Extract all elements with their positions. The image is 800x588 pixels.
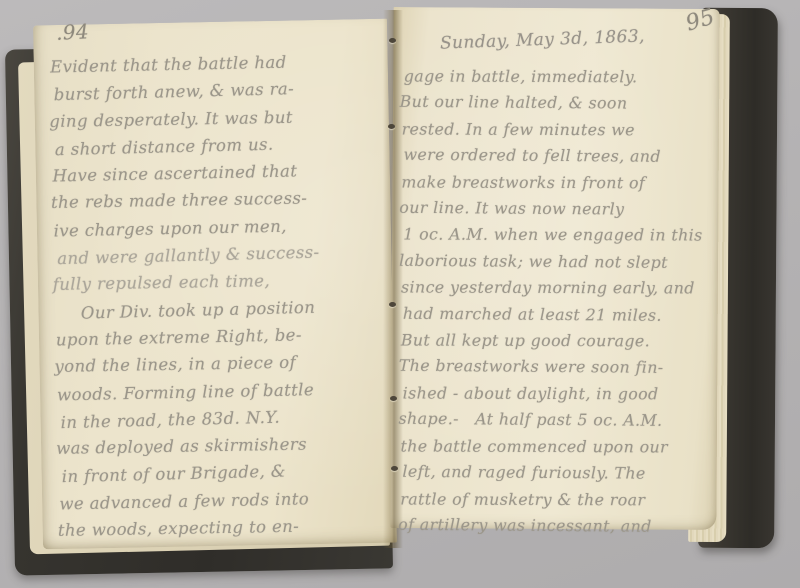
- handwritten-line: since yesterday morning early, and: [401, 275, 719, 303]
- handwritten-line: laborious task; we had not slept: [399, 248, 719, 277]
- handwritten-line: of artillery was incessant, and: [398, 512, 718, 541]
- right-page-text: gage in battle, immediately.But our line…: [400, 63, 720, 539]
- handwritten-line: rattle of musketry & the roar: [400, 486, 718, 514]
- handwritten-line: rested. In a few minutes we: [402, 116, 720, 144]
- handwritten-line: gage in battle, immediately.: [404, 63, 720, 91]
- page-number-94: .94: [55, 19, 89, 45]
- handwritten-line: had marched at least 21 miles.: [403, 300, 719, 329]
- stitch-hole: [388, 124, 395, 129]
- handwritten-line: But our line halted, & soon: [400, 89, 720, 118]
- handwritten-line: the battle commenced upon our: [400, 433, 718, 461]
- handwritten-line: left, and raged furiously. The: [402, 459, 718, 488]
- diary-photo: 2 .94 Evident that the battle hadburst f…: [0, 0, 800, 588]
- handwritten-line: ished - about daylight, in good: [403, 380, 719, 408]
- handwritten-line: our line. It was now nearly: [399, 195, 719, 224]
- handwritten-line: make breastworks in front of: [401, 169, 719, 197]
- stitch-hole: [389, 38, 396, 43]
- handwritten-line: The breastworks were soon fin-: [399, 353, 719, 382]
- left-page-text: Evident that the battle hadburst forth a…: [50, 47, 395, 545]
- handwritten-line: were ordered to fell trees, and: [403, 142, 719, 171]
- handwritten-line: But all kept up good courage.: [401, 328, 719, 356]
- handwritten-line: 1 oc. A.M. when we engaged in this: [403, 222, 719, 250]
- handwritten-line: shape.- At half past 5 oc. A.M.: [398, 406, 718, 435]
